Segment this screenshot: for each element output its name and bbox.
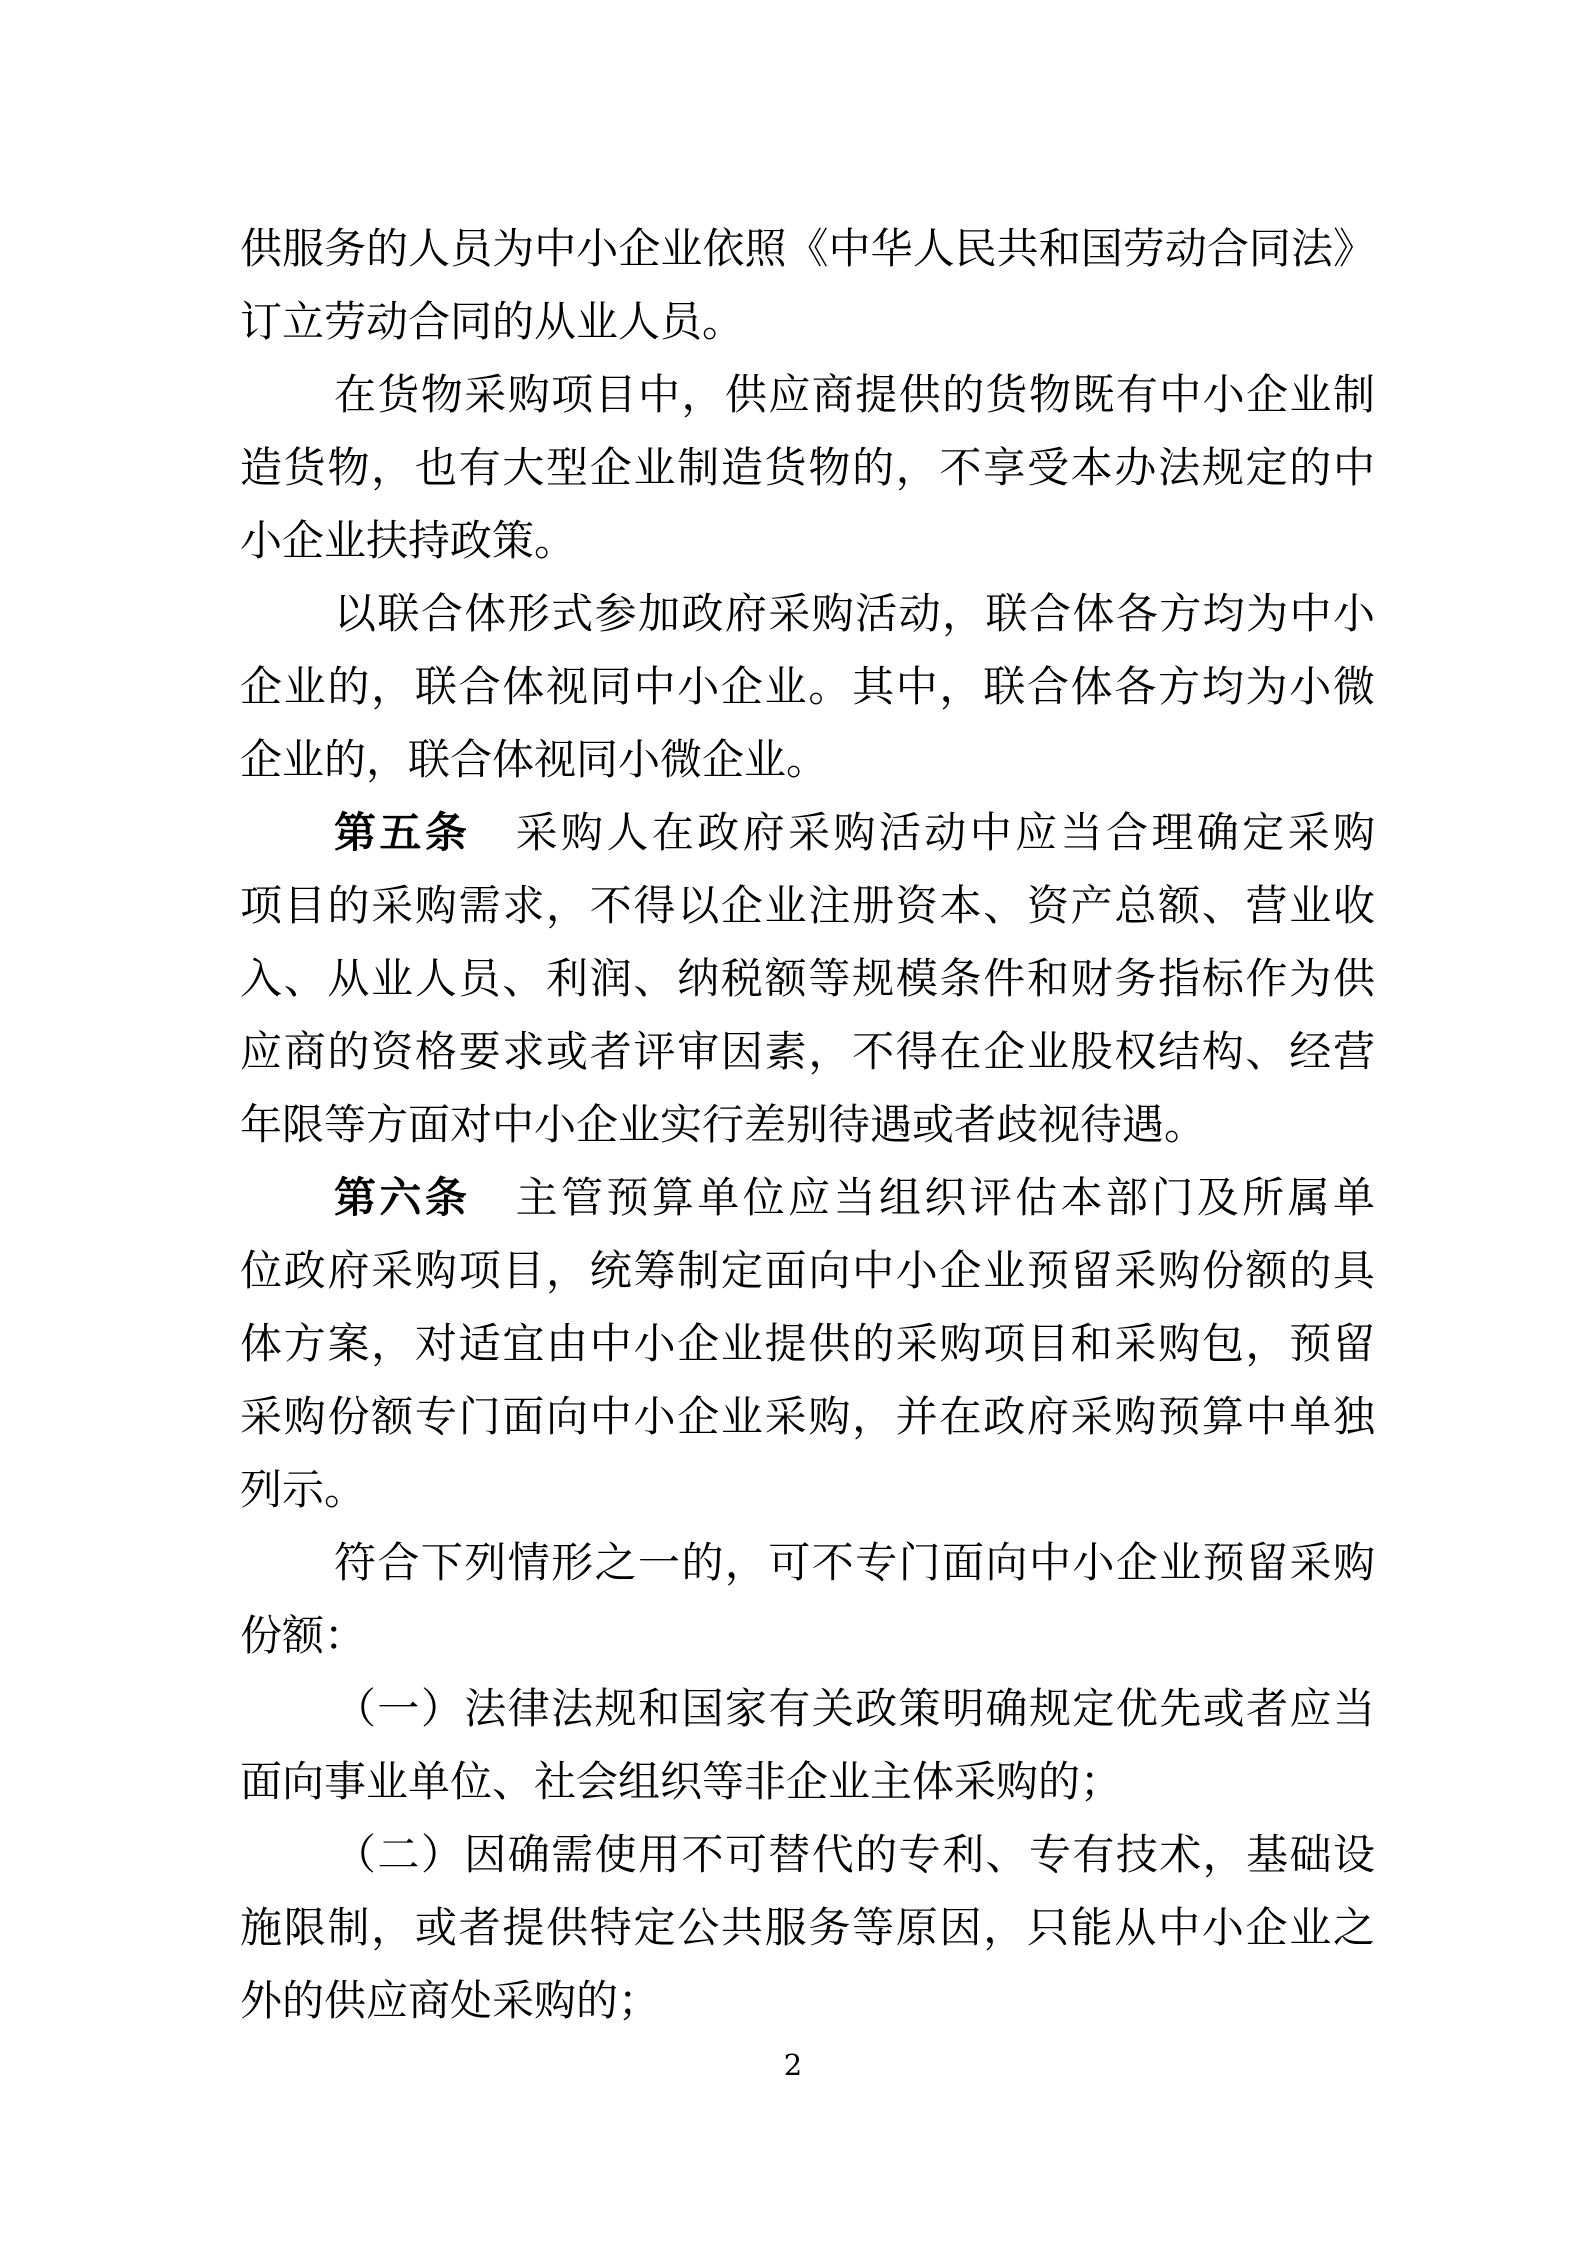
article-number-heading: 第五条 (334, 808, 470, 857)
text-line: 符合下列情形之一的，可不专门面向中小企业预留采购 (240, 1526, 1375, 1599)
document-page: 供服务的人员为中小企业依照《中华人民共和国劳动合同法》订立劳动合同的从业人员。在… (0, 0, 1586, 2245)
text-line: 位政府采购项目，统筹制定面向中小企业预留采购份额的具 (240, 1234, 1375, 1307)
text-line: 第五条 采购人在政府采购活动中应当合理确定采购 (240, 796, 1375, 869)
text-line: 面向事业单位、社会组织等非企业主体采购的； (240, 1745, 1375, 1818)
text-line: 造货物，也有大型企业制造货物的，不享受本办法规定的中 (240, 431, 1375, 504)
text-line: 施限制，或者提供特定公共服务等原因，只能从中小企业之 (240, 1891, 1375, 1964)
text-line: 企业的，联合体视同小微企业。 (240, 723, 1375, 796)
text-line: （二）因确需使用不可替代的专利、专有技术，基础设 (240, 1818, 1375, 1891)
text-line: 订立劳动合同的从业人员。 (240, 285, 1375, 358)
text-line: 份额： (240, 1599, 1375, 1672)
text-line: 应商的资格要求或者评审因素，不得在企业股权结构、经营 (240, 1015, 1375, 1088)
document-body: 供服务的人员为中小企业依照《中华人民共和国劳动合同法》订立劳动合同的从业人员。在… (240, 212, 1375, 2037)
text-line: 采购份额专门面向中小企业采购，并在政府采购预算中单独 (240, 1380, 1375, 1453)
page-number: 2 (0, 2040, 1586, 2090)
text-line: 年限等方面对中小企业实行差别待遇或者歧视待遇。 (240, 1088, 1375, 1161)
text-line: 体方案，对适宜由中小企业提供的采购项目和采购包，预留 (240, 1307, 1375, 1380)
text-line: 第六条 主管预算单位应当组织评估本部门及所属单 (240, 1161, 1375, 1234)
text-line: 在货物采购项目中，供应商提供的货物既有中小企业制 (240, 358, 1375, 431)
text-line: 小企业扶持政策。 (240, 504, 1375, 577)
text-line: （一）法律法规和国家有关政策明确规定优先或者应当 (240, 1672, 1375, 1745)
text-line: 列示。 (240, 1453, 1375, 1526)
text-line: 供服务的人员为中小企业依照《中华人民共和国劳动合同法》 (240, 212, 1375, 285)
text-line: 项目的采购需求，不得以企业注册资本、资产总额、营业收 (240, 869, 1375, 942)
article-number-heading: 第六条 (334, 1173, 470, 1222)
text-line: 入、从业人员、利润、纳税额等规模条件和财务指标作为供 (240, 942, 1375, 1015)
text-line: 外的供应商处采购的； (240, 1964, 1375, 2037)
text-line: 企业的，联合体视同中小企业。其中，联合体各方均为小微 (240, 650, 1375, 723)
text-line: 以联合体形式参加政府采购活动，联合体各方均为中小 (240, 577, 1375, 650)
